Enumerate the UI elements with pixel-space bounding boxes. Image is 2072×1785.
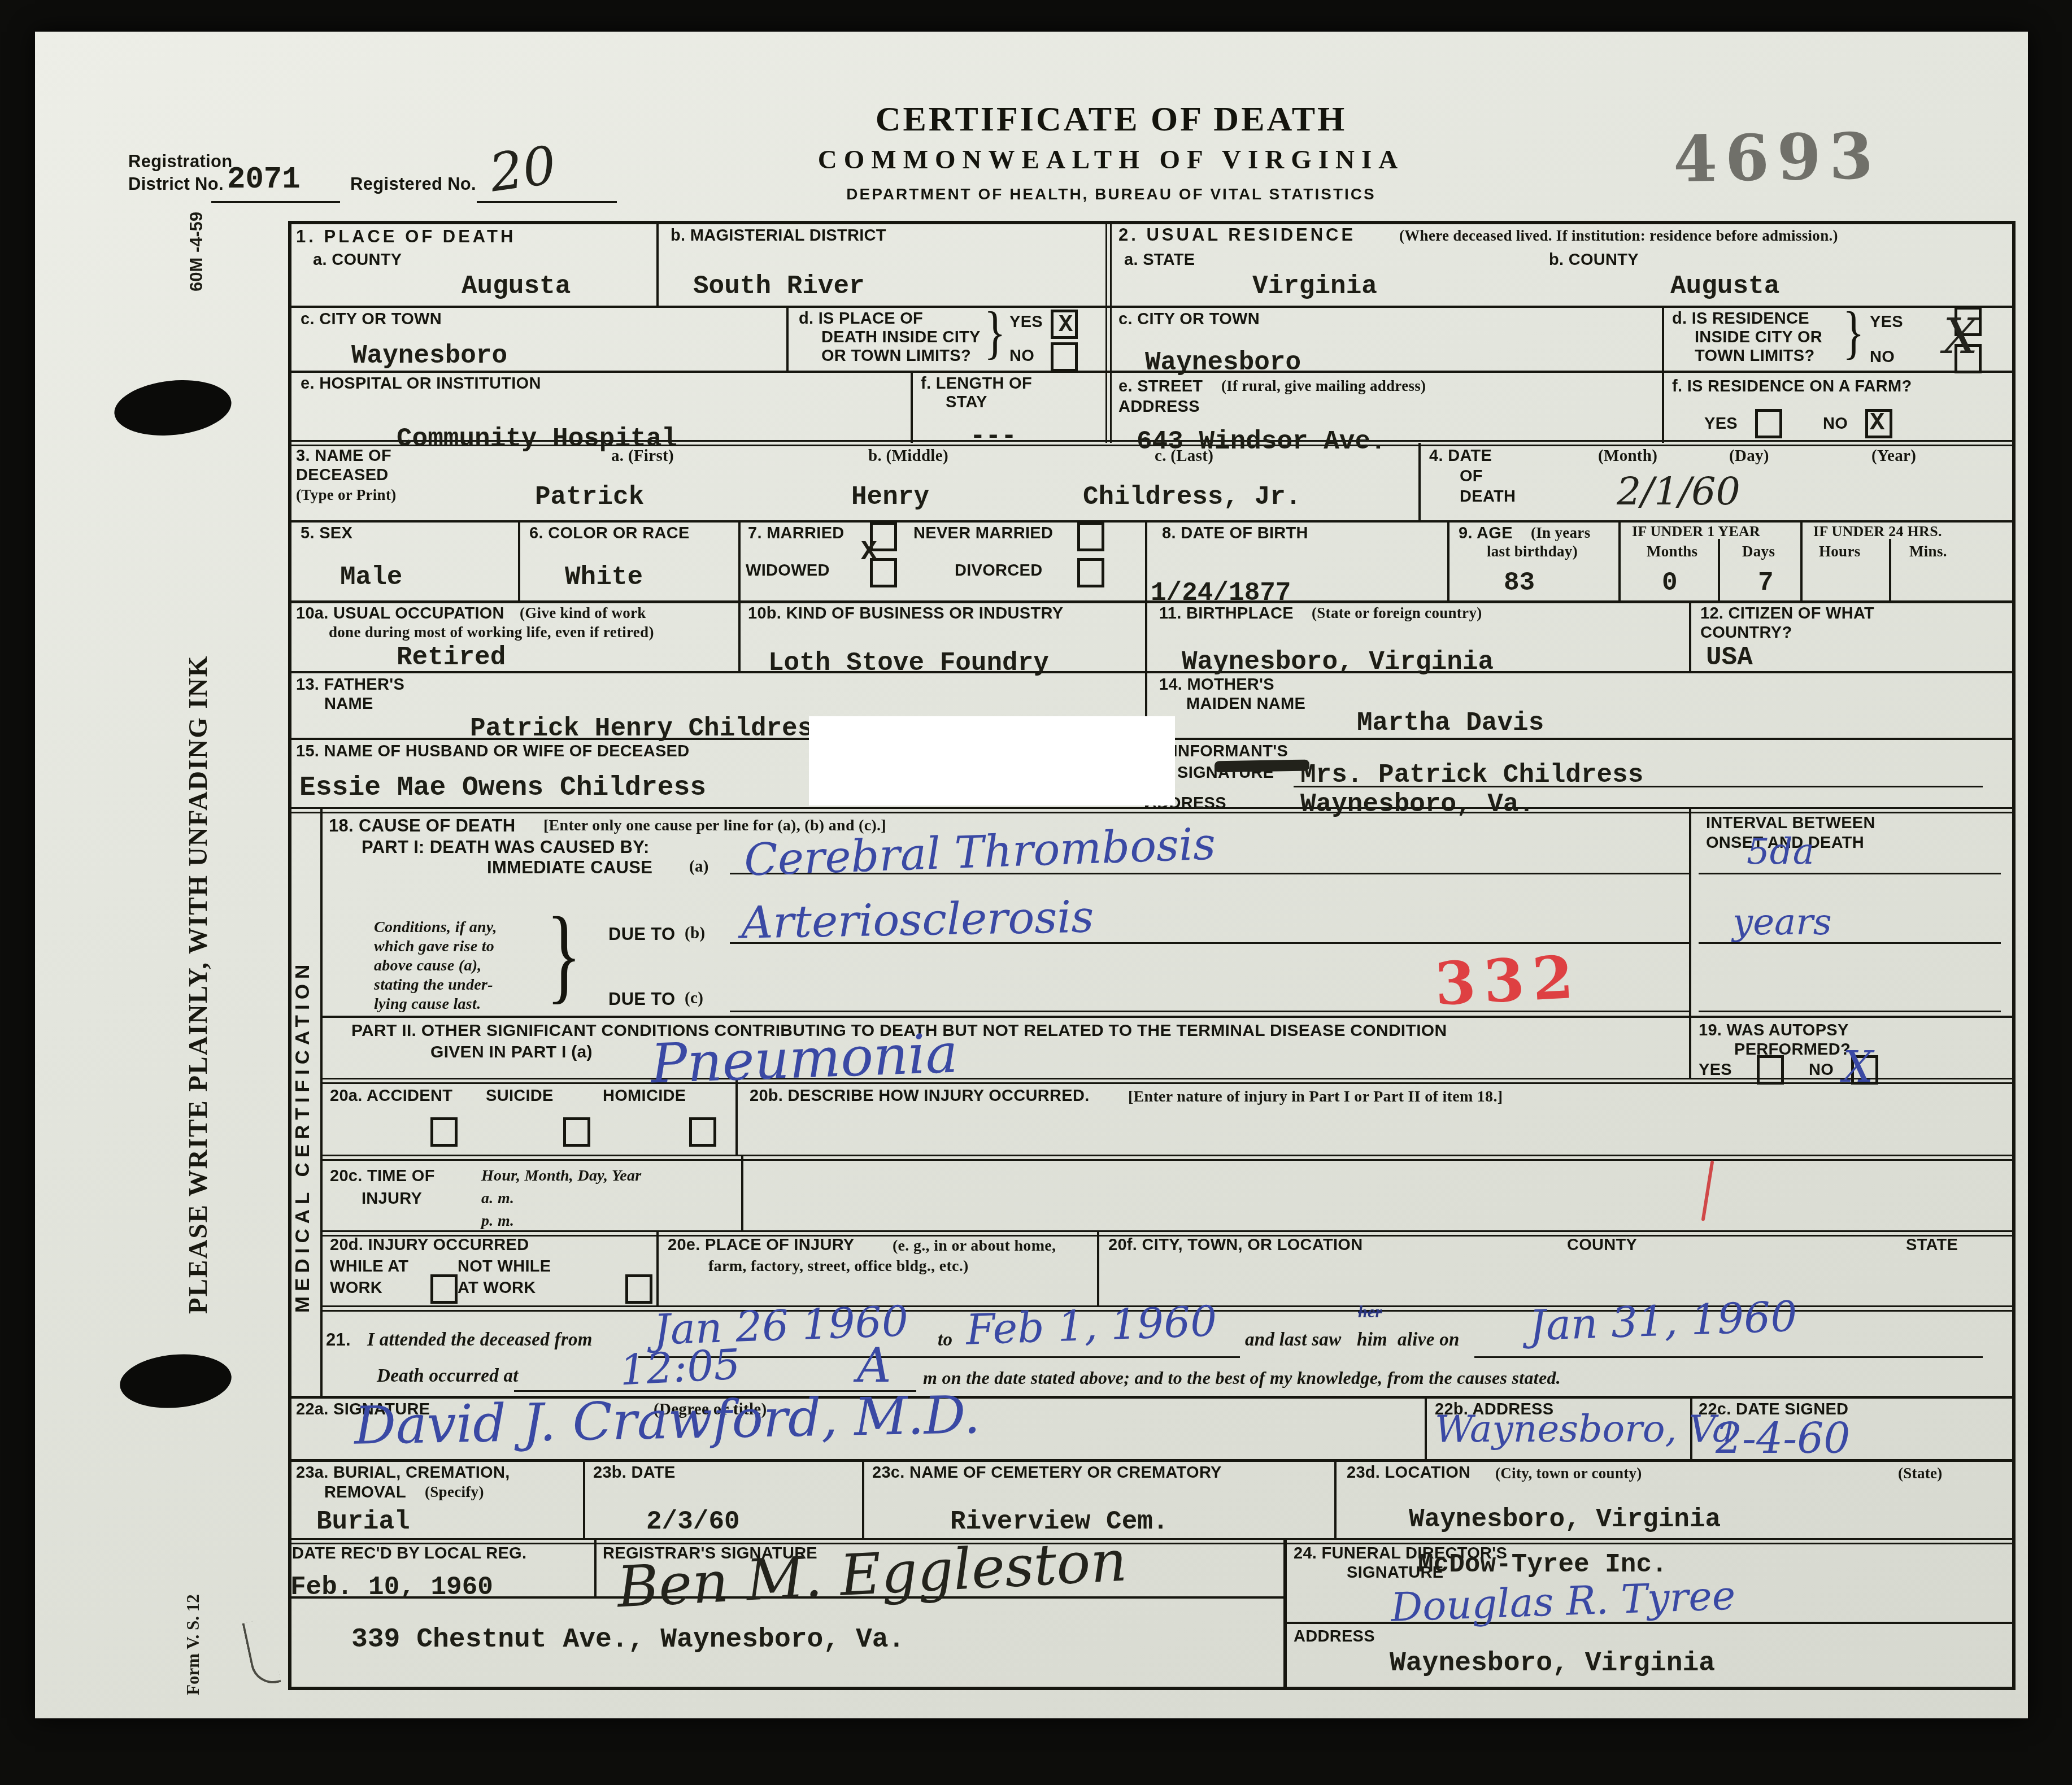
rule: [1425, 1396, 1427, 1459]
registered-no-label: Registered No.: [350, 174, 476, 194]
middle-name-value: Henry: [851, 482, 929, 512]
date-signed-value: 2-4-60: [1716, 1414, 1850, 1463]
married-label: 7. MARRIED: [748, 524, 845, 543]
farm-no-mark: X: [1870, 409, 1884, 437]
not-while-label: NOT WHILE: [458, 1257, 551, 1276]
rule: [288, 221, 2016, 224]
attended-text-1: I attended the deceased from: [367, 1330, 593, 1351]
divorced-label: DIVORCED: [955, 561, 1042, 580]
margin-instruction: PLEASE WRITE PLAINLY, WITH UNFADING INK: [183, 492, 214, 1314]
spouse-value: Essie Mae Owens Childress: [299, 773, 706, 803]
immediate-cause-label: IMMEDIATE CAUSE: [487, 857, 652, 878]
pod-limits-label-3: OR TOWN LIMITS?: [821, 347, 971, 365]
part2-value: Pneumonia: [650, 1022, 959, 1096]
burial-date-value: 2/3/60: [646, 1507, 740, 1536]
rule: [2012, 221, 2016, 1690]
registration-label-1: Registration: [128, 151, 232, 172]
farm-label: f. IS RESIDENCE ON A FARM?: [1672, 377, 1912, 396]
time-of-injury-label-1: 20c. TIME OF: [330, 1167, 435, 1186]
never-married-label: NEVER MARRIED: [913, 524, 1053, 543]
race-value: White: [565, 563, 643, 592]
interval-a-value: 5da: [1747, 831, 1814, 873]
accident-checkbox: [430, 1117, 458, 1147]
rule: [741, 1155, 743, 1230]
street-address-label-1: e. STREET: [1118, 377, 1203, 396]
citizen-value: USA: [1706, 643, 1753, 672]
date-of-death-label-3: DEATH: [1460, 487, 1516, 506]
funeral-address-value: Waynesboro, Virginia: [1390, 1648, 1715, 1679]
race-label: 6. COLOR OR RACE: [529, 524, 690, 543]
while-at-label: WHILE AT: [330, 1257, 408, 1276]
street-address-note: (If rural, give mailing address): [1221, 377, 1426, 395]
due-to-b-label: DUE TO: [608, 924, 675, 944]
rule: [288, 306, 2012, 308]
cemetery-label: 23c. NAME OF CEMETERY OR CREMATORY: [872, 1464, 1222, 1482]
name-label-1: 3. NAME OF: [296, 447, 391, 465]
code-stamp-332: 332: [1433, 942, 1583, 1018]
death-occurred-text: Death occurred at: [377, 1366, 519, 1387]
days-label: Days: [1742, 543, 1775, 560]
date-of-death-label-2: OF: [1460, 467, 1483, 486]
rule: [738, 520, 741, 671]
certificate-number-stamp: 4693: [1673, 119, 1882, 197]
place-of-injury-note-2: farm, factory, street, office bldg., etc…: [708, 1257, 969, 1275]
mother-value: Martha Davis: [1357, 708, 1544, 738]
pm-label: p. m.: [481, 1212, 514, 1230]
autopsy-label-2: PERFORMED?: [1734, 1040, 1851, 1059]
burial-label-1: 23a. BURIAL, CREMATION,: [296, 1464, 510, 1482]
interval-b-value: years: [1733, 902, 1832, 943]
day-label: (Day): [1729, 447, 1769, 465]
burial-date-label: 23b. DATE: [593, 1464, 676, 1482]
stray-mark: [242, 1618, 281, 1687]
rule: [288, 520, 2012, 523]
months-label: Months: [1647, 543, 1697, 560]
rule: [320, 1155, 2012, 1161]
work-label: WORK: [330, 1279, 382, 1298]
conditions-note-4: stating the under-: [374, 976, 493, 994]
at-work-label: AT WORK: [458, 1279, 536, 1298]
cause-of-death-label: 18. CAUSE OF DEATH: [329, 816, 515, 836]
department-subtitle: DEPARTMENT OF HEALTH, BUREAU OF VITAL ST…: [702, 185, 1521, 203]
due-to-b: (b): [685, 924, 705, 943]
rule: [1334, 1459, 1337, 1538]
describe-injury-note: [Enter nature of injury in Part I or Par…: [1128, 1088, 1503, 1106]
pod-limits-yes-label: YES: [1009, 313, 1043, 332]
interval-header-1: INTERVAL BETWEEN: [1706, 814, 1875, 833]
rule: [594, 1538, 597, 1596]
rule: [656, 1230, 659, 1305]
married-mark: X: [861, 537, 877, 568]
street-address-label-2: ADDRESS: [1118, 398, 1200, 416]
rule: [786, 306, 789, 371]
father-label-2: NAME: [324, 695, 373, 713]
res-city-value: Waynesboro: [1145, 348, 1301, 377]
attended-to-value: Feb 1, 1960: [965, 1297, 1218, 1354]
spouse-label: 15. NAME OF HUSBAND OR WIFE OF DECEASED: [296, 742, 689, 761]
place-of-injury-label: 20e. PLACE OF INJURY: [668, 1236, 854, 1255]
rule: [1418, 443, 1421, 520]
year-label: (Year): [1871, 447, 1916, 465]
injury-county-label: COUNTY: [1567, 1236, 1637, 1255]
funeral-director-value: McDow-Tyree Inc.: [1418, 1550, 1668, 1579]
occupation-value: Retired: [397, 643, 506, 672]
county-label: a. COUNTY: [313, 251, 402, 269]
residence-county-label: b. COUNTY: [1549, 251, 1639, 269]
farm-no-label: NO: [1823, 415, 1848, 433]
rule: [1474, 1356, 1983, 1358]
res-limits-mark: X: [1943, 308, 1978, 365]
months-value: 0: [1662, 568, 1678, 598]
registration-district-number: 2071: [227, 163, 301, 197]
medical-certification-label: MEDICAL CERTIFICATION: [291, 827, 314, 1313]
brace: }: [984, 299, 1006, 366]
registered-number: 20: [486, 134, 560, 203]
birthplace-note: (State or foreign country): [1312, 604, 1482, 622]
pod-limits-yes-mark: X: [1059, 311, 1073, 338]
death-time-value: 12:05: [619, 1340, 741, 1395]
hours-label: Hours: [1819, 543, 1861, 560]
due-to-b-value: Arteriosclerosis: [741, 892, 1094, 949]
immediate-cause-a: (a): [689, 857, 709, 876]
rule: [288, 671, 2012, 673]
farm-yes-label: YES: [1704, 415, 1738, 433]
punch-hole-top: [112, 375, 234, 441]
part1-label: PART I: DEATH WAS CAUSED BY:: [362, 837, 650, 857]
not-while-at-work-checkbox: [625, 1274, 652, 1304]
res-limits-label-3: TOWN LIMITS?: [1695, 347, 1814, 365]
rule: [1618, 520, 1621, 600]
age-note-2: last birthday): [1487, 543, 1578, 560]
name-label-2: DECEASED: [296, 466, 389, 485]
physician-signature-value: David J. Crawford, M.D.: [354, 1385, 981, 1456]
injury-state-label: STATE: [1906, 1236, 1958, 1255]
suicide-label: SUICIDE: [486, 1087, 554, 1105]
attended-him: him: [1357, 1330, 1387, 1351]
age-label: 9. AGE: [1459, 524, 1513, 543]
conditions-brace: }: [546, 894, 582, 1017]
mother-label-2: MAIDEN NAME: [1186, 695, 1305, 713]
rule: [211, 201, 340, 203]
conditions-note-2: which gave rise to: [374, 938, 494, 956]
rule: [1699, 1011, 2001, 1012]
commonwealth-subtitle: COMMONWEALTH OF VIRGINIA: [702, 145, 1521, 175]
hospital-label: e. HOSPITAL OR INSTITUTION: [301, 375, 541, 393]
usual-residence-title: 2. USUAL RESIDENCE: [1118, 225, 1356, 245]
red-check-mark: [1701, 1160, 1714, 1221]
rule: [518, 520, 520, 600]
mins-label: Mins.: [1909, 543, 1947, 560]
rule: [1105, 221, 1112, 443]
under-1-year-label: IF UNDER 1 YEAR: [1632, 523, 1760, 540]
widowed-label: WIDOWED: [746, 561, 830, 580]
residence-county-value: Augusta: [1670, 272, 1779, 301]
rule: [1097, 1230, 1099, 1305]
funeral-address-label: ADDRESS: [1294, 1627, 1375, 1646]
industry-label: 10b. KIND OF BUSINESS OR INDUSTRY: [748, 604, 1063, 623]
magisterial-district-value: South River: [693, 272, 865, 301]
industry-value: Loth Stove Foundry: [768, 648, 1049, 678]
death-occurred-text-2: m on the date stated above; and to the b…: [923, 1368, 1561, 1388]
rule: [1699, 873, 2001, 874]
time-of-injury-note: Hour, Month, Day, Year: [481, 1167, 642, 1185]
date-of-death-label-1: 4. DATE: [1429, 447, 1492, 465]
pod-limits-no-checkbox: [1051, 342, 1078, 372]
registration-label-2: District No.: [128, 174, 224, 194]
due-to-c-label: DUE TO: [608, 989, 675, 1009]
attended-text-2b: alive on: [1398, 1330, 1460, 1351]
date-of-birth-label: 8. DATE OF BIRTH: [1162, 524, 1308, 543]
name-label-3: (Type or Print): [296, 486, 396, 504]
informant-scribble: [1215, 760, 1309, 773]
length-of-stay-value: ---: [970, 421, 1017, 451]
res-limits-no-label: NO: [1870, 348, 1895, 367]
rule: [1689, 600, 1691, 671]
am-label: a. m.: [481, 1190, 514, 1208]
sex-value: Male: [340, 563, 402, 592]
burial-value: Burial: [316, 1507, 410, 1536]
rule: [583, 1459, 585, 1538]
citizen-label-2: COUNTRY?: [1700, 624, 1792, 642]
pod-limits-label-1: d. IS PLACE OF: [799, 310, 923, 328]
res-city-label: c. CITY OR TOWN: [1118, 310, 1260, 329]
rule: [288, 1538, 2012, 1544]
length-of-stay-label-2: STAY: [946, 393, 987, 412]
location-note: (City, town or county): [1495, 1465, 1642, 1482]
res-limits-yes-label: YES: [1870, 313, 1903, 332]
suicide-checkbox: [563, 1117, 590, 1147]
burial-specify-note: (Specify): [425, 1483, 484, 1501]
pod-limits-label-2: DEATH INSIDE CITY: [821, 328, 981, 347]
location-state-note: (State): [1898, 1465, 1943, 1482]
death-ampm-value: A: [857, 1338, 891, 1393]
brace: }: [1843, 299, 1865, 366]
hospital-value: Community Hospital: [397, 424, 677, 454]
burial-label-2: REMOVAL: [324, 1483, 406, 1502]
rule: [320, 807, 323, 1396]
pod-limits-no-label: NO: [1009, 347, 1034, 365]
homicide-checkbox: [689, 1117, 716, 1147]
residence-state-label: a. STATE: [1124, 251, 1195, 269]
part2-label-2: GIVEN IN PART I (a): [430, 1043, 593, 1062]
rule: [288, 600, 2012, 603]
autopsy-label-1: 19. WAS AUTOPSY: [1699, 1021, 1849, 1040]
attended-text-2a: and last saw: [1245, 1330, 1342, 1351]
res-limits-label-2: INSIDE CITY OR: [1695, 328, 1822, 347]
days-value: 7: [1758, 568, 1774, 598]
redaction-box: [809, 716, 1175, 806]
due-to-c: (c): [685, 989, 703, 1008]
accident-label: 20a. ACCIDENT: [330, 1087, 452, 1105]
occupation-note-2: done during most of working life, even i…: [329, 624, 654, 641]
rule: [288, 1687, 2016, 1690]
citizen-label-1: 12. CITIZEN OF WHAT: [1700, 604, 1874, 623]
farm-yes-checkbox: [1755, 409, 1782, 438]
place-of-death-title: 1. PLACE OF DEATH: [296, 227, 516, 247]
divorced-checkbox: [1077, 558, 1104, 587]
date-of-death-value: 2/1/60: [1617, 469, 1740, 514]
first-name-value: Patrick: [535, 482, 644, 512]
location-label: 23d. LOCATION: [1347, 1464, 1470, 1482]
never-married-checkbox: [1077, 522, 1104, 551]
last-name-value: Childress, Jr.: [1083, 482, 1301, 512]
usual-residence-note: (Where deceased lived. If institution: r…: [1399, 227, 1838, 245]
attended-num: 21.: [326, 1330, 351, 1350]
birthplace-value: Waynesboro, Virginia: [1182, 647, 1494, 677]
while-at-work-checkbox: [430, 1274, 458, 1304]
rule: [1689, 807, 1691, 1078]
registrar-address-value: 339 Chestnut Ave., Waynesboro, Va.: [351, 1625, 904, 1655]
rule: [1800, 520, 1803, 600]
rule: [862, 1459, 864, 1538]
conditions-note-3: above cause (a),: [374, 957, 482, 975]
conditions-note-1: Conditions, if any,: [374, 918, 497, 937]
father-label-1: 13. FATHER'S: [296, 676, 404, 694]
location-value: Waynesboro, Virginia: [1409, 1505, 1721, 1534]
rule: [911, 371, 913, 443]
age-note-1: (In years: [1531, 524, 1590, 542]
time-of-injury-label-2: INJURY: [362, 1190, 422, 1208]
occupation-label: 10a. USUAL OCCUPATION: [296, 604, 504, 623]
conditions-note-5: lying cause last.: [374, 995, 481, 1013]
occupation-note-1: (Give kind of work: [520, 604, 646, 622]
injury-occurred-label: 20d. INJURY OCCURRED: [330, 1236, 529, 1255]
physician-address-value: Waynesboro, Va: [1435, 1407, 1734, 1451]
form-id: Form V. S. 12: [183, 1531, 203, 1695]
sex-label: 5. SEX: [301, 524, 352, 543]
under-24-hrs-label: IF UNDER 24 HRS.: [1813, 523, 1942, 540]
county-value: Augusta: [462, 272, 571, 301]
date-received-label: DATE REC'D BY LOCAL REG.: [292, 1544, 526, 1563]
place-of-injury-note-1: (e. g., in or about home,: [893, 1237, 1056, 1255]
certificate-paper: 60M -4-59 PLEASE WRITE PLAINLY, WITH UNF…: [35, 32, 2028, 1718]
rule: [1283, 1538, 1287, 1687]
punch-hole-bottom: [117, 1350, 233, 1413]
date-received-value: Feb. 10, 1960: [290, 1573, 493, 1602]
autopsy-yes-label: YES: [1699, 1061, 1732, 1079]
injury-city-label: 20f. CITY, TOWN, OR LOCATION: [1108, 1236, 1363, 1255]
rule: [1447, 520, 1449, 600]
rule: [1718, 539, 1720, 600]
rule: [288, 221, 291, 1690]
attended-to: to: [938, 1330, 952, 1351]
pod-city-value: Waynesboro: [351, 341, 507, 371]
rule: [1662, 306, 1664, 443]
pod-city-label: c. CITY OR TOWN: [301, 310, 442, 329]
length-of-stay-label-1: f. LENGTH OF: [921, 375, 1032, 393]
informant-signature-value: Mrs. Patrick Childress: [1300, 760, 1643, 790]
mother-label-1: 14. MOTHER'S: [1159, 676, 1274, 694]
middle-name-label: b. (Middle): [868, 447, 948, 465]
rule: [1889, 539, 1891, 600]
informant-address-value: Waynesboro, Va.: [1300, 790, 1534, 819]
rule: [656, 221, 659, 306]
attended-her-strike: her: [1358, 1303, 1382, 1322]
res-limits-label-1: d. IS RESIDENCE: [1672, 310, 1809, 328]
autopsy-yes-checkbox: [1757, 1055, 1784, 1085]
residence-state-value: Virginia: [1252, 272, 1377, 301]
autopsy-no-label: NO: [1809, 1061, 1834, 1079]
autopsy-no-mark: X: [1843, 1042, 1873, 1092]
last-seen-value: Jan 31, 1960: [1529, 1292, 1798, 1351]
page-title: CERTIFICATE OF DEATH: [702, 99, 1521, 140]
magisterial-district-label: b. MAGISTERIAL DISTRICT: [671, 227, 886, 245]
age-value: 83: [1504, 568, 1535, 598]
street-address-value: 643 Windsor Ave.: [1137, 427, 1386, 456]
month-label: (Month): [1598, 447, 1657, 465]
date-of-birth-value: 1/24/1877: [1151, 578, 1291, 608]
